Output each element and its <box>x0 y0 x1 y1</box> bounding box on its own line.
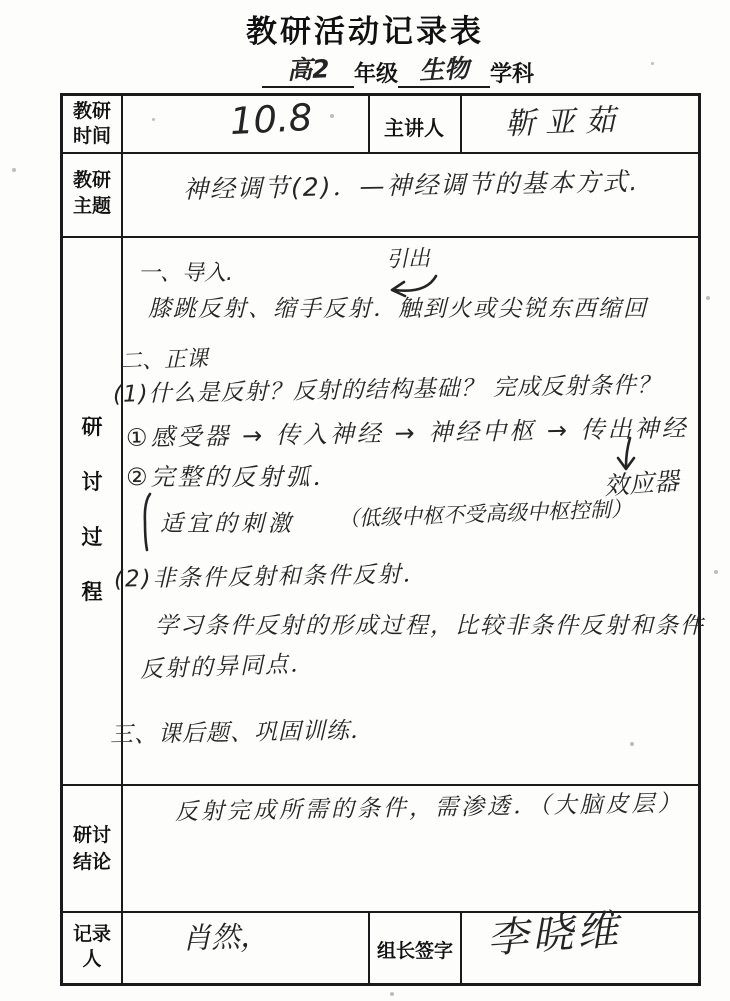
process-line-reflex-arc-chain: ①感受器 → 传入神经 → 神经中枢 → 传出神经 <box>126 415 689 451</box>
scan-noise-dot <box>630 742 634 746</box>
process-line-differences: 反射的异同点． <box>140 652 316 683</box>
scan-noise-dot <box>714 570 718 574</box>
conclusion-label: 研讨结论 <box>66 822 118 876</box>
leader-signature-handwriting: 李晓维 <box>486 907 624 961</box>
row-sep-2 <box>60 236 700 238</box>
table-border-top <box>60 93 700 96</box>
scan-noise-dot <box>12 168 16 172</box>
process-note-centers: （低级中枢不受高级中枢控制） <box>338 498 633 531</box>
recorder-handwriting: 肖然， <box>181 920 269 955</box>
grade-handwritten: 高2 <box>286 49 330 86</box>
table-border-right <box>698 93 701 986</box>
scan-noise-dot <box>330 114 334 118</box>
time-value-handwriting: 10.8 <box>229 98 313 143</box>
row-sep-3 <box>60 784 700 786</box>
speaker-value-handwriting: 靳亚茹 <box>504 104 625 141</box>
leader-label: 组长签字 <box>371 936 459 963</box>
process-line-lesson: 二、正课 <box>120 347 209 374</box>
col-sep-r5a <box>368 911 370 986</box>
process-annotation-yinchu: 引出 <box>386 247 431 273</box>
topic-label: 教研主题 <box>66 168 118 220</box>
process-line-complete-arc: ②完整的反射弧． <box>126 464 340 490</box>
grade-label: 年级 <box>354 57 398 88</box>
process-line-q2: (2)非条件反射和条件反射． <box>114 562 428 593</box>
page-title: 教研活动记录表 <box>0 6 730 51</box>
scan-noise-dot <box>152 118 155 121</box>
process-line-stimulus: 适宜的刺激 <box>160 512 295 537</box>
time-label: 教研时间 <box>66 99 118 149</box>
scanned-record-form: 教研活动记录表 高2 年级 生物 学科 教研时间 主讲人 教研主题 研讨过程 研… <box>0 0 730 1001</box>
connector-stroke <box>138 492 156 552</box>
conclusion-handwriting: 反射完成所需的条件，需渗透．（大脑皮层） <box>175 792 684 826</box>
col-sep-label <box>121 93 123 986</box>
scan-noise-dot <box>390 992 394 996</box>
process-line-q1: (1)什么是反射？反射的结构基础？ 完成反射条件？ <box>113 373 661 408</box>
grade-subject-line: 高2 年级 生物 学科 <box>262 52 534 88</box>
scan-noise-dot <box>651 62 654 65</box>
speaker-label: 主讲人 <box>374 112 454 141</box>
row-sep-1 <box>60 152 700 154</box>
col-sep-r1b <box>460 93 462 154</box>
process-line-intro: 一、导入. <box>138 262 233 286</box>
scan-noise-dot <box>706 296 710 300</box>
curved-arrow-icon <box>378 272 442 304</box>
col-sep-r1a <box>368 93 370 154</box>
subject-handwritten: 生物 <box>418 49 470 88</box>
table-border-left <box>60 93 63 986</box>
subject-label: 学科 <box>490 57 534 88</box>
grade-blank: 高2 <box>262 50 354 88</box>
process-label: 研讨过程 <box>80 400 104 620</box>
table-border-bottom <box>60 983 700 986</box>
process-line-homework: 三、课后题、巩固训练． <box>110 719 374 749</box>
col-sep-r5b <box>460 911 462 986</box>
arrow-down-icon <box>614 436 640 474</box>
topic-value-handwriting: 神经调节(2)．—神经调节的基本方式. <box>183 168 640 203</box>
process-line-learning: 学习条件反射的形成过程，比较非条件反射和条件 <box>155 614 705 639</box>
subject-blank: 生物 <box>398 50 490 88</box>
recorder-label: 记录人 <box>66 922 118 972</box>
